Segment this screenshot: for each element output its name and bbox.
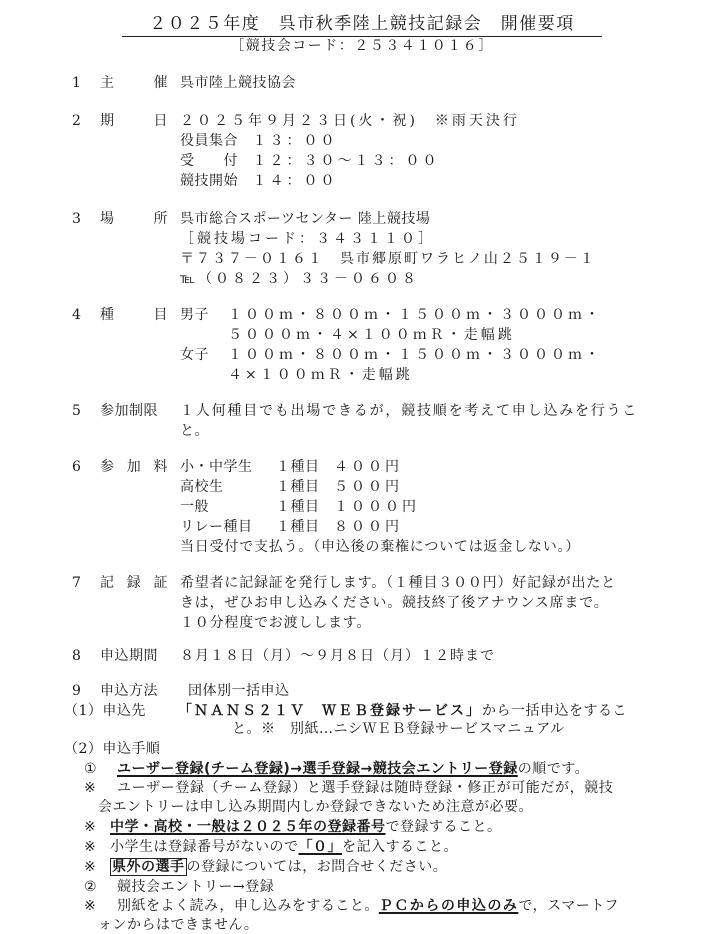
fee-row: リレー種目１種目８００円 xyxy=(180,518,402,536)
section-label-fee: 参 加 料 xyxy=(100,458,168,476)
fee-row: 高校生１種目５００円 xyxy=(180,478,402,496)
certificate-line1: 希望者に記録証を発行します。（１種目３００円）好記録が出たと xyxy=(180,574,616,592)
step1-text: ユーザー登録(チーム登録)→選手登録→競技会エントリー登録の順です。 xyxy=(117,760,589,778)
document-page: ２０２５年度 呉市秋季陸上競技記録会 開催要項 ［競技会コード：２５３４１０１６… xyxy=(0,0,724,934)
application-period: ８月１８日（月）～９月８日（月）１２時まで xyxy=(180,647,495,665)
fee-row: 一般１種目１０００円 xyxy=(180,498,419,516)
schedule-line: 競技開始 １４：００ xyxy=(180,172,338,190)
certificate-line2: きは，ぜひお申し込みください。競技終了後アナウンス席まで。 xyxy=(180,594,609,612)
section-label-application-method: 申込方法 xyxy=(100,682,158,700)
competition-code: ［競技会コード：２５３４１０１６］ xyxy=(0,37,724,55)
women-label: 女子 xyxy=(180,346,209,364)
schedule-line: 役員集合 １３：００ xyxy=(180,132,338,150)
nans21v-service: 「ＮＡＮＳ２１Ｖ ＷＥＢ登録サービス」 xyxy=(178,703,482,719)
section-number-5: 5 xyxy=(72,402,81,420)
section-number-1: 1 xyxy=(72,74,81,92)
note1-line1: ユーザー登録（チーム登録）と選手登録は随時登録・修正が可能だが，競技 xyxy=(117,779,613,797)
note1-mark: ※ xyxy=(84,779,96,797)
schedule-line: 受 付 １２：３０～１３：００ xyxy=(180,152,440,170)
women-events-line1: １００ｍ・８００ｍ・１５００ｍ・３０００ｍ・ xyxy=(228,346,602,364)
note5-text: 別紙をよく読み，申し込みをすること。ＰＣからの申込のみで，スマートフ xyxy=(117,897,619,915)
note2-mark: ※ xyxy=(84,818,96,836)
section-number-4: 4 xyxy=(72,306,81,324)
note3-text: 小学生は登録番号がないので「０」を記入すること。 xyxy=(110,838,458,856)
note4-text: 県外の選手の登録については，お問合せください。 xyxy=(110,858,447,876)
step1-mark: ① xyxy=(84,760,97,778)
section-number-2: 2 xyxy=(72,112,81,130)
sub1-line2: と。※ 別紙…ニシＷＥＢ登録サービスマニュアル xyxy=(232,720,565,738)
note2-text: 中学・高校・一般は２０２５年の登録番号で登録すること。 xyxy=(110,818,502,836)
sub2-label: （2）申込手順 xyxy=(64,740,160,758)
section-label-restriction: 参加制限 xyxy=(100,402,158,420)
section-label-organizer: 主 催 xyxy=(100,74,168,92)
certificate-line3: １０分程度でお渡しします。 xyxy=(180,614,371,632)
venue-code: ［競技場コード：３４３１１０］ xyxy=(180,230,435,248)
note5-mark: ※ xyxy=(84,897,96,915)
note3-mark: ※ xyxy=(84,838,96,856)
sub1-label: （1）申込先 xyxy=(64,702,146,720)
note1-line2: 会エントリーは申し込み期間内しか登録できないため注意が必要。 xyxy=(98,798,533,816)
section-label-certificate: 記 録 証 xyxy=(100,574,168,592)
venue-tel: ℡（０８２３）３３－０６０８ xyxy=(180,270,419,288)
sub1-text: 「ＮＡＮＳ２１Ｖ ＷＥＢ登録サービス」から一括申込をするこ xyxy=(178,702,627,720)
application-method: 団体別一括申込 xyxy=(188,682,290,700)
men-events-line2: ５０００ｍ・４×１００ｍＲ・走幅跳 xyxy=(228,326,515,344)
step2-text: 競技会エントリー→登録 xyxy=(117,878,274,896)
men-label: 男子 xyxy=(180,306,209,324)
men-events-line1: １００ｍ・８００ｍ・１５００ｍ・３０００ｍ・ xyxy=(228,306,602,324)
step2-mark: ② xyxy=(84,878,97,896)
document-title: ２０２５年度 呉市秋季陸上競技記録会 開催要項 xyxy=(122,13,602,37)
section-number-8: 8 xyxy=(72,647,81,665)
fee-note: 当日受付で支払う。（申込後の棄権については返金しない。） xyxy=(180,538,580,556)
section-number-7: 7 xyxy=(72,574,81,592)
section-number-6: 6 xyxy=(72,458,81,476)
section-label-application-period: 申込期間 xyxy=(100,647,158,665)
restriction-line1: １人何種目でも出場できるが，競技順を考えて申し込みを行うこ xyxy=(180,402,638,420)
event-date: ２０２５年９月２３日(火・祝) ※雨天決行 xyxy=(180,112,520,130)
organizer-value: 呉市陸上競技協会 xyxy=(180,74,296,92)
section-label-date: 期 日 xyxy=(100,112,168,130)
fee-row: 小・中学生１種目４００円 xyxy=(180,458,402,476)
section-label-venue: 場 所 xyxy=(100,210,168,228)
section-number-3: 3 xyxy=(72,210,81,228)
women-events-line2: ４×１００ｍＲ・走幅跳 xyxy=(228,366,413,384)
venue-address: 〒７３７－０１６１ 呉市郷原町ワラヒノ山２５１９－１ xyxy=(180,250,596,268)
section-number-9: 9 xyxy=(72,682,81,700)
section-label-events: 種 目 xyxy=(100,306,168,324)
note4-mark: ※ xyxy=(84,858,96,876)
venue-name: 呉市総合スポーツセンター 陸上競技場 xyxy=(180,210,430,228)
restriction-line2: と。 xyxy=(180,422,209,440)
note5-line2: ォンからはできません。 xyxy=(98,916,258,934)
